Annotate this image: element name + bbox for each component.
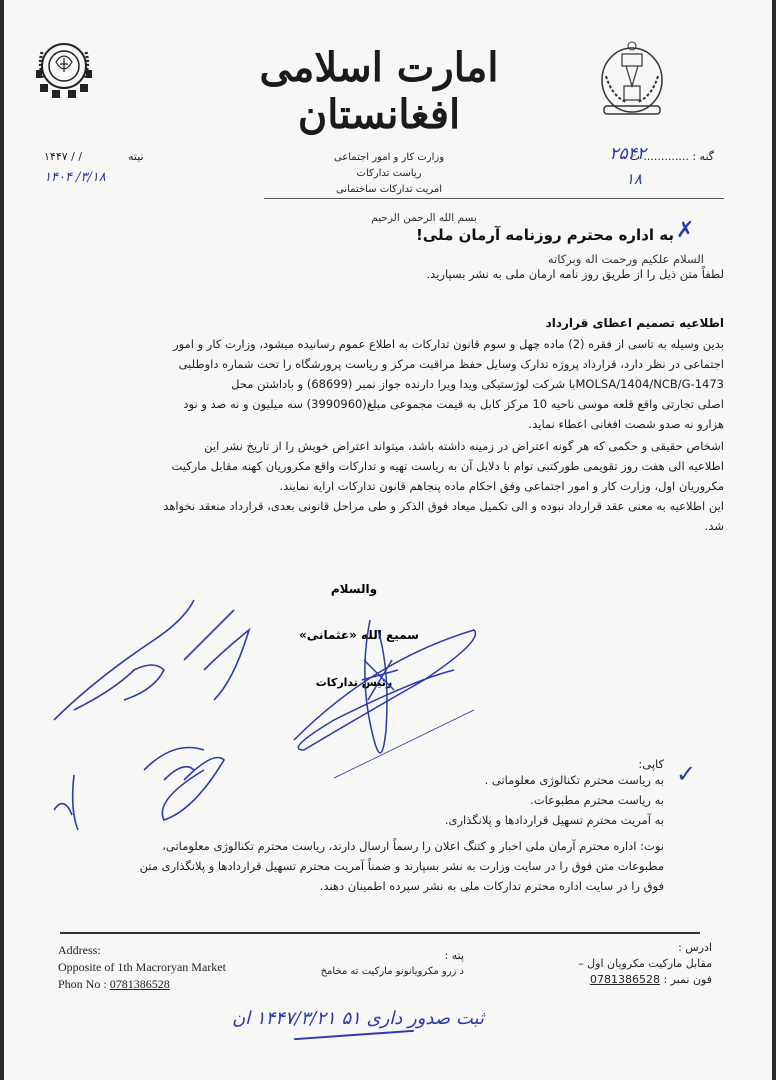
notice-paragraph-3: این اطلاعیه به معنی عقد قرارداد نبوده و …: [62, 496, 724, 536]
handwritten-registration-note: ثبت صدور داری ۵۱ ۱۴۴۷/۳/۲۱ ان: [224, 1008, 484, 1029]
p1-line-4: اصلی تجارتی واقع قلعه موسی ناحیه 10 مرکز…: [62, 394, 724, 414]
ministry-gear-logo-icon: [34, 32, 94, 106]
document-page: امارت اسلامی افغانستان وزارت کار و امور …: [4, 0, 772, 1080]
footer-fa-phone-label: فون نمبر :: [660, 973, 712, 986]
footer-pashto: پته : د زرو مکرویانونو مارکیت ته مخامخ: [304, 948, 464, 980]
date-solar: ۱۴۰۴ /۳/۱۸: [44, 170, 164, 185]
date-hijri: ۱۴۴۷ / /: [44, 150, 82, 163]
footer-en-label: Address:: [58, 942, 278, 959]
p1-line-3: MOLSA/1404/NCB/G-1473با شرکت لوژستیکی وی…: [62, 374, 724, 394]
p1-line-2: اجتماعی در نظر دارد، قرارداد پروژه تدارک…: [62, 354, 724, 374]
ministry-block: وزارت کار و امور اجتماعی ریاست تدارکات ا…: [304, 150, 474, 198]
notice-paragraph-2: اشخاص حقیقی و حکمی که هر گونه اعتراض در …: [62, 436, 724, 496]
number-label: گنه :: [692, 150, 714, 163]
number-value: ۲۵۴۲: [609, 144, 646, 164]
letter-addressee: به اداره محترم روزنامه آرمان ملی!: [344, 226, 674, 244]
date-label: نیته: [128, 150, 144, 163]
reference-number-block: گنه : ............. ث ۲۵۴۲ ۱۸: [564, 150, 714, 188]
bismillah: بسم الله الرحمن الرحیم: [334, 212, 514, 224]
signature-icon: [274, 600, 494, 780]
footer-fa-address: مقابل مارکیت مکرویان اول –: [534, 956, 712, 972]
footer-divider: [60, 932, 700, 934]
footer-english: Address: Opposite of 1th Macroryan Marke…: [58, 942, 278, 993]
ministry-line-1: وزارت کار و امور اجتماعی: [304, 150, 474, 166]
footer-ps-address: د زرو مکرویانونو مارکیت ته مخامخ: [304, 964, 464, 980]
handwritten-underline-icon: [294, 1030, 414, 1040]
footer-fa-phone: 0781386528: [590, 973, 660, 986]
p2-line-2: اطلاعیه الی هفت روز تقویمی طورکتبی توام …: [62, 456, 724, 476]
footer-en-address: Opposite of 1th Macroryan Market: [58, 959, 278, 976]
date-block: ۱۴۴۷ / / نیته ۱۴۰۴ /۳/۱۸: [44, 150, 164, 185]
header-divider: [264, 198, 724, 199]
footer-dari: ادرس : مقابل مارکیت مکرویان اول – فون نم…: [534, 940, 712, 988]
p2-line-1: اشخاص حقیقی و حکمی که هر گونه اعتراض در …: [62, 436, 724, 456]
copy-item-contracts: به آمریت محترم تسهیل قراردادها و پلانگذا…: [204, 810, 664, 830]
copies-note: نوت: اداره محترم آرمان ملی اخبار و کتنگ …: [64, 836, 664, 896]
footer-en-phone-label: Phon No :: [58, 977, 110, 991]
copies-list: به ریاست محترم تکنالوژی معلوماتی . به ری…: [204, 770, 664, 830]
closing: والسلام: [304, 582, 404, 596]
national-emblem-icon: [596, 36, 668, 120]
ministry-line-3: امریت تدارکات ساختمانی: [304, 182, 474, 198]
p3-line-2: شد.: [62, 516, 724, 536]
footer-ps-label: پته :: [304, 948, 464, 964]
p3-line-1: این اطلاعیه به معنی عقد قرارداد نبوده و …: [62, 496, 724, 516]
note-line-1: نوت: اداره محترم آرمان ملی اخبار و کتنگ …: [64, 836, 664, 856]
copy-item-it: به ریاست محترم تکنالوژی معلوماتی .: [204, 770, 664, 790]
number-sub: ۱۸: [564, 170, 714, 188]
notice-paragraph-1: بدین وسیله به تاسی از فقره (2) ماده چهل …: [62, 334, 724, 434]
notice-title: اطلاعیه تصمیم اعطای قرارداد: [404, 316, 724, 330]
p1-line-5: هزارو نه صدو شصت افغانی اعطاء نماید.: [62, 414, 724, 434]
note-line-2: مطبوعات متن فوق را در سایت وزارت به نشر …: [64, 856, 664, 876]
p2-line-3: مکروریان اول، وزارت کار و امور اجتماعی و…: [62, 476, 724, 496]
handwritten-check-icon: ✓: [676, 760, 696, 788]
note-line-3: فوق را در سایت اداره محترم تدارکات ملی ب…: [64, 876, 664, 896]
footer-fa-label: ادرس :: [534, 940, 712, 956]
p1-line-1: بدین وسیله به تاسی از فقره (2) ماده چهل …: [62, 334, 724, 354]
request-text: لطفاً متن ذیل را از طریق روز نامه ارمان …: [304, 264, 724, 284]
handwritten-x-mark-icon: ✗: [676, 218, 694, 243]
copy-item-press: به ریاست محترم مطبوعات.: [204, 790, 664, 810]
ministry-line-2: ریاست تدارکات: [304, 166, 474, 182]
footer-en-phone: 0781386528: [110, 977, 170, 991]
letterhead-title: امارت اسلامی افغانستان: [194, 44, 564, 108]
